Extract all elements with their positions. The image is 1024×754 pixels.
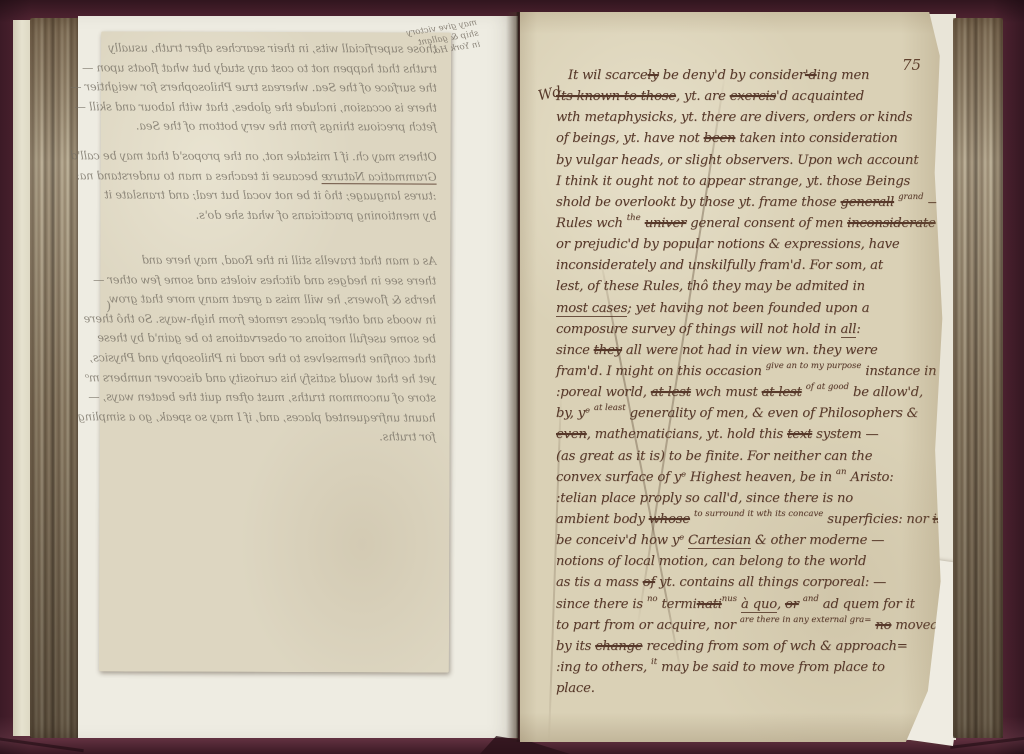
manuscript-line: to part from or acquire, nor are there i… xyxy=(556,618,952,639)
manuscript-line: composure survey of things will not hold… xyxy=(556,322,952,343)
bleedthrough-line: yet he that would satisfy his curiosity … xyxy=(114,371,436,392)
left-foredge-stack xyxy=(30,18,80,738)
manuscript-line: It wil scarcely be deny'd by consider'di… xyxy=(556,68,952,89)
manuscript-line: of beings, yt. have not been taken into … xyxy=(556,131,952,152)
manuscript-line: convex surface of yᵉ Highest heaven, be … xyxy=(556,470,952,491)
bleedthrough-paragraph-1: those superficiall wits, in their search… xyxy=(115,41,437,140)
page-number: 75 xyxy=(902,56,921,74)
manuscript-line: :ing to others, it may be said to move f… xyxy=(556,660,952,681)
left-manuscript-leaf: those superficiall wits, in their search… xyxy=(99,31,451,672)
bleedthrough-line: there is occasion, include the globes, t… xyxy=(115,100,437,121)
bleedthrough-line: for truths. xyxy=(114,430,436,451)
bleedthrough-line: Grammatica Naturæ because it teaches a m… xyxy=(115,169,437,190)
bleedthrough-line: store of uncommon truths, must often qui… xyxy=(114,391,436,412)
bleedthrough-line: be some usefull notions or observations … xyxy=(114,332,436,353)
manuscript-line: most cases; yet having not been founded … xyxy=(556,301,952,322)
margin-note: Wd xyxy=(537,84,563,105)
paper-crease xyxy=(636,75,725,628)
bleedthrough-line: As a man that travells still in the Road… xyxy=(114,253,436,274)
manuscript-line: :poreal world, at lest wch must at lest … xyxy=(556,385,952,406)
manuscript-line: wth metaphysicks, yt. there are divers, … xyxy=(556,110,952,131)
manuscript-line: inconsiderately and unskilfully fram'd. … xyxy=(556,258,952,279)
bleedthrough-line: :tures language; thô it be not vocal but… xyxy=(115,189,437,210)
manuscript-line: place. xyxy=(556,681,952,702)
bleedthrough-line: truths that happen not to cost any study… xyxy=(115,61,437,82)
bleedthrough-line: Others may ch. if I mistake not, on the … xyxy=(115,149,437,170)
manuscript-line: fram'd. I might on this occasion give an… xyxy=(556,364,952,385)
manuscript-line: or prejudic'd by popular notions & expre… xyxy=(556,237,952,258)
manuscript-line: by its change receding from som of wch &… xyxy=(556,639,952,660)
bleedthrough-line: that confine themselves to the road in P… xyxy=(114,351,436,372)
manuscript-line: since they all were not had in view wn. … xyxy=(556,343,952,364)
manuscript-line: :telian place proply so call'd, since th… xyxy=(556,491,952,512)
manuscript-line: by vulgar heads, or slight observers. Up… xyxy=(556,153,952,174)
open-manuscript-book-photo: those superficiall wits, in their search… xyxy=(0,0,1024,754)
manuscript-line: (as great as it is) to be finite. For ne… xyxy=(556,449,952,470)
bleedthrough-line: by mentioning practicians of what she do… xyxy=(114,208,436,229)
manuscript-line: Its known to those, yt. are exercis'd ac… xyxy=(556,89,952,110)
bleedthrough-line: haunt unfrequented places, and, if I may… xyxy=(114,410,436,431)
manuscript-line: shold be overlookt by those yt. frame th… xyxy=(556,195,952,216)
bleedthrough-line: fetch precious things from the very bott… xyxy=(115,120,437,141)
manuscript-line: as tis a mass of yt. contains all things… xyxy=(556,575,952,596)
manuscript-line: since there is no terminatinus à quo, or… xyxy=(556,597,952,618)
paper-crease xyxy=(599,256,683,678)
manuscript-line: ambient body whose to surround it wth it… xyxy=(556,512,952,533)
right-foredge-stack xyxy=(953,18,1003,738)
manuscript-line: Rules wch the univer general consent of … xyxy=(556,216,952,237)
bleedthrough-line: in woods and other places remote from hi… xyxy=(114,312,436,333)
manuscript-line: be conceiv'd how yᵉ Cartesian & other mo… xyxy=(556,533,952,554)
bleedthrough-paragraph-3: As a man that travells still in the Road… xyxy=(114,253,437,450)
manuscript-text-block: It wil scarcely be deny'd by consider'di… xyxy=(556,68,952,702)
bleedthrough-line: there see in hedges and ditches violets … xyxy=(114,273,436,294)
manuscript-line: lest, of these Rules, thô they may be ad… xyxy=(556,279,952,300)
bleedthrough-paragraph-2: Others may ch. if I mistake not, on the … xyxy=(114,149,436,228)
right-manuscript-leaf: 75 Wd It wil scarcely be deny'd by consi… xyxy=(520,12,944,742)
bleedthrough-line: herbs & flowers, he will miss a great ma… xyxy=(114,293,436,314)
paper-crease xyxy=(548,392,562,742)
stray-ink-mark: ) xyxy=(106,299,111,314)
manuscript-line: by, yᵉ at least generality of men, & eve… xyxy=(556,406,952,427)
manuscript-line: I think it ought not to appear strange, … xyxy=(556,174,952,195)
bleedthrough-line: the surface of the Sea. whereas true Phi… xyxy=(115,81,437,102)
manuscript-line: even, mathematicians, yt. hold this text… xyxy=(556,427,952,448)
manuscript-line: notions of local motion, can belong to t… xyxy=(556,554,952,575)
